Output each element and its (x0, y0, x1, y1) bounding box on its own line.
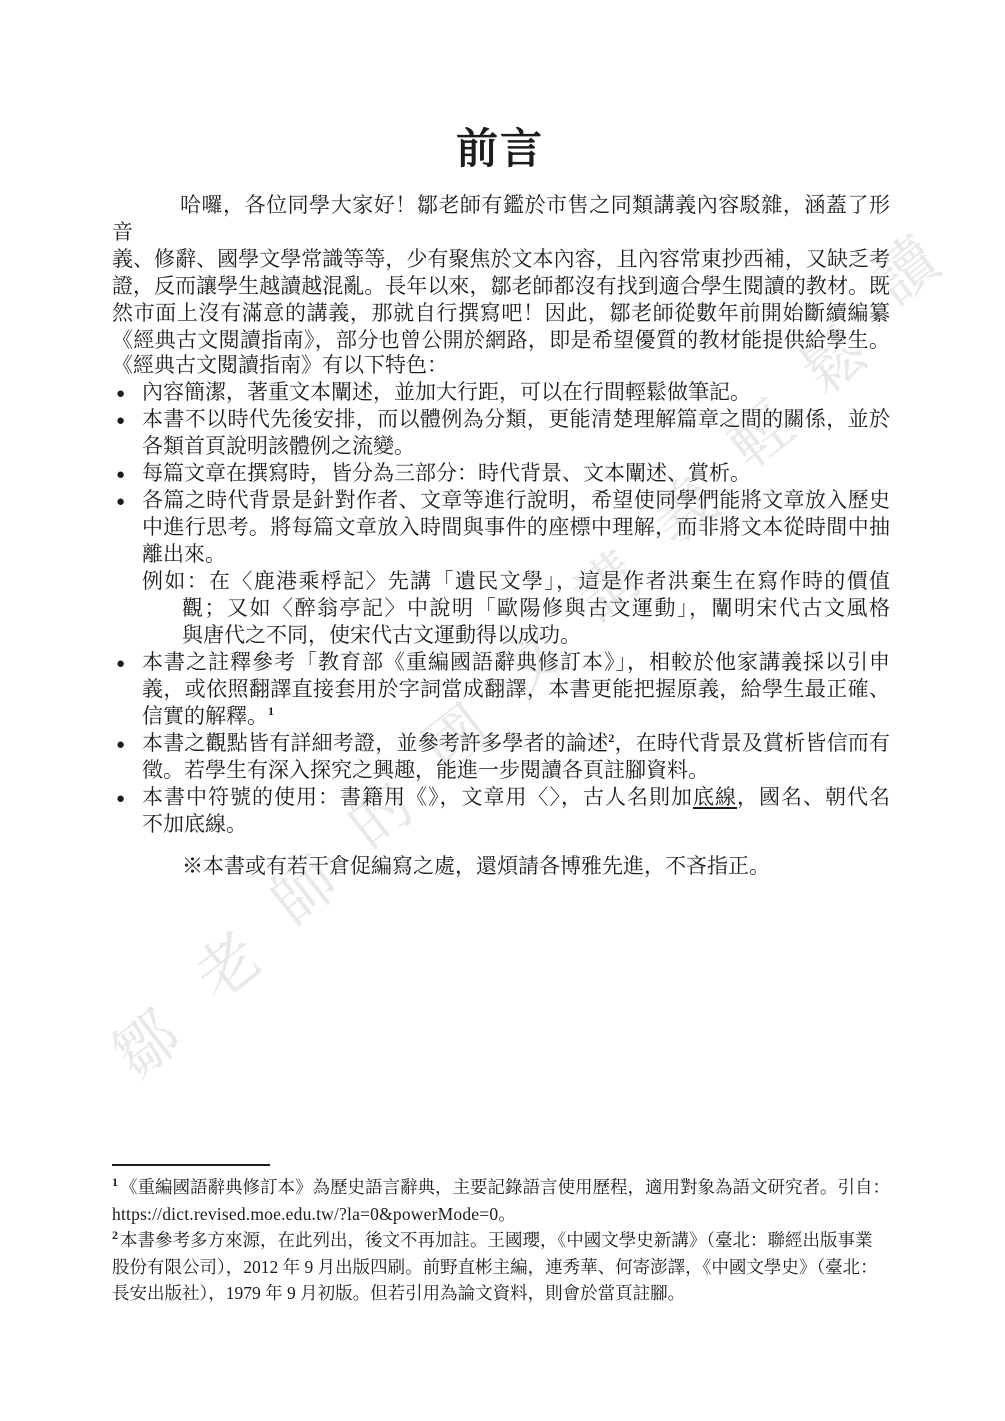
feature-item: ● 本書之註釋參考「教育部《重編國語辭典修訂本》」，相較於他家講義採以引申 義，… (112, 649, 890, 730)
bullet-icon: ● (116, 489, 125, 516)
text-line: 徵。若學生有深入探究之興趣，能進一步閱讀各頁註腳資料。 (142, 757, 890, 784)
feature-item: ● 本書之觀點皆有詳細考證，並參考許多學者的論述2，在時代背景及賞析皆信而有 徵… (112, 730, 890, 784)
feature-item: ● 本書中符號的使用：書籍用《》，文章用〈〉，古人名則加底線，國名、朝代名 不加… (112, 784, 890, 838)
footnote-line: 長安出版社），1979 年 9 月初版。但若引用為論文資料，則會於當頁註腳。 (112, 1280, 912, 1307)
features-heading: 《經典古文閱讀指南》有以下特色： (112, 352, 890, 379)
footnote-line: 2本書參考多方來源，在此列出，後文不再加註。王國瓔，《中國文學史新講》（臺北：聯… (112, 1227, 912, 1254)
text-segment: ，國名、朝代名 (737, 785, 890, 809)
intro-paragraph: 哈囉，各位同學大家好！鄒老師有鑑於市售之同類講義內容駁雜，涵蓋了形音 義、修辭、… (112, 192, 890, 354)
footnote-marker: 2 (112, 1228, 118, 1242)
footnote-line: 1《重編國語辭典修訂本》為歷史語言辭典，主要記錄語言使用歷程，適用對象為語文研究… (112, 1174, 912, 1201)
text-line: 本書中符號的使用：書籍用《》，文章用〈〉，古人名則加底線，國名、朝代名 (142, 784, 890, 811)
text-line: 義，或依照翻譯直接套用於字詞當成翻譯，本書更能把握原義，給學生最正確、 (142, 676, 890, 703)
bullet-icon: ● (116, 732, 125, 759)
feature-item: ● 內容簡潔，著重文本闡述，並加大行距，可以在行間輕鬆做筆記。 (112, 379, 890, 406)
page-title: 前言 (112, 116, 888, 176)
footnote-separator (112, 1164, 270, 1166)
footnote-1: 1《重編國語辭典修訂本》為歷史語言辭典，主要記錄語言使用歷程，適用對象為語文研究… (112, 1174, 912, 1227)
text-line: 內容簡潔，著重文本闡述，並加大行距，可以在行間輕鬆做筆記。 (142, 379, 890, 406)
footnote-line: 股份有限公司），2012 年 9 月出版四刷。前野直彬主編，連秀華、何寄澎譯，《… (112, 1254, 912, 1281)
underlined-text: 底線 (693, 785, 737, 809)
example-line: 觀；又如〈醉翁亭記〉中說明「歐陽修與古文運動」，闡明宋代古文風格 (142, 595, 890, 622)
footnote-2: 2本書參考多方來源，在此列出，後文不再加註。王國瓔，《中國文學史新講》（臺北：聯… (112, 1227, 912, 1307)
text-segment: 本書中符號的使用：書籍用《》，文章用〈〉，古人名則加 (142, 785, 693, 809)
bullet-icon: ● (116, 381, 125, 408)
text-line: 信實的解釋。1 (142, 703, 890, 730)
text-segment: 本書之觀點皆有詳細考證，並參考許多學者的論述 (142, 731, 608, 755)
text-segment: 本書參考多方來源，在此列出，後文不再加註。王國瓔，《中國文學史新講》（臺北：聯經… (120, 1230, 873, 1250)
text-line: 本書之註釋參考「教育部《重編國語辭典修訂本》」，相較於他家講義採以引申 (142, 649, 890, 676)
text-line: 離出來。 (142, 541, 890, 568)
bullet-icon: ● (116, 651, 125, 678)
text-segment: 信實的解釋。 (142, 704, 268, 728)
example-line: 與唐代之不同，使宋代古文運動得以成功。 (142, 622, 890, 649)
text-line: 本書不以時代先後安排，而以體例為分類，更能清楚理解篇章之間的關係，並於 (142, 406, 890, 433)
features-section: 《經典古文閱讀指南》有以下特色： ● 內容簡潔，著重文本闡述，並加大行距，可以在… (112, 352, 890, 838)
text-line: 中進行思考。將每篇文章放入時間與事件的座標中理解，而非將文本從時間中抽 (142, 514, 890, 541)
feature-item: ● 每篇文章在撰寫時，皆分為三部分：時代背景、文本闡述、賞析。 (112, 460, 890, 487)
text-line: 每篇文章在撰寫時，皆分為三部分：時代背景、文本闡述、賞析。 (142, 460, 890, 487)
closing-note: ※本書或有若干倉促編寫之處，還煩請各博雅先進，不吝指正。 (112, 852, 890, 880)
document-page: 鄒 老 師 的 國 文 講 義 輕 鬆 讀 前言 哈囉，各位同學大家好！鄒老師有… (0, 0, 1005, 1421)
content-layer: 前言 哈囉，各位同學大家好！鄒老師有鑑於市售之同類講義內容駁雜，涵蓋了形音 義、… (0, 0, 1005, 1421)
example-line: 例如：在〈鹿港乘桴記〉先講「遺民文學」，這是作者洪棄生在寫作時的價值 (142, 568, 890, 595)
text-segment: ，在時代背景及賞析皆信而有 (614, 731, 890, 755)
text-line: 不加底線。 (142, 811, 890, 838)
footnotes-section: 1《重編國語辭典修訂本》為歷史語言辭典，主要記錄語言使用歷程，適用對象為語文研究… (112, 1164, 912, 1307)
bullet-icon: ● (116, 462, 125, 489)
feature-item: ● 本書不以時代先後安排，而以體例為分類，更能清楚理解篇章之間的關係，並於 各類… (112, 406, 890, 460)
feature-item: ● 各篇之時代背景是針對作者、文章等進行說明，希望使同學們能將文章放入歷史 中進… (112, 487, 890, 649)
text-line: 各篇之時代背景是針對作者、文章等進行說明，希望使同學們能將文章放入歷史 (142, 487, 890, 514)
text-line: 各類首頁說明該體例之流變。 (142, 433, 890, 460)
footnote-ref-1: 1 (268, 704, 274, 718)
footnote-url: https://dict.revised.moe.edu.tw/?la=0&po… (112, 1201, 912, 1228)
text-line: 證，反而讓學生越讀越混亂。長年以來，鄒老師都沒有找到適合學生閱讀的教材。既 (112, 273, 890, 300)
text-segment: 《重編國語辭典修訂本》為歷史語言辭典，主要記錄語言使用歷程，適用對象為語文研究者… (120, 1177, 890, 1197)
text-line: 本書之觀點皆有詳細考證，並參考許多學者的論述2，在時代背景及賞析皆信而有 (142, 730, 890, 757)
footnote-marker: 1 (112, 1175, 118, 1189)
text-line: 然市面上沒有滿意的講義，那就自行撰寫吧！因此，鄒老師從數年前開始斷續編纂 (112, 300, 890, 327)
bullet-icon: ● (116, 408, 125, 435)
bullet-icon: ● (116, 786, 125, 813)
text-line: 《經典古文閱讀指南》，部分也曾公開於網路，即是希望優質的教材能提供給學生。 (112, 327, 890, 354)
text-line: 義、修辭、國學文學常識等等，少有聚焦於文本內容，且內容常東抄西補，又缺乏考 (112, 246, 890, 273)
text-line: 哈囉，各位同學大家好！鄒老師有鑑於市售之同類講義內容駁雜，涵蓋了形音 (112, 192, 890, 246)
